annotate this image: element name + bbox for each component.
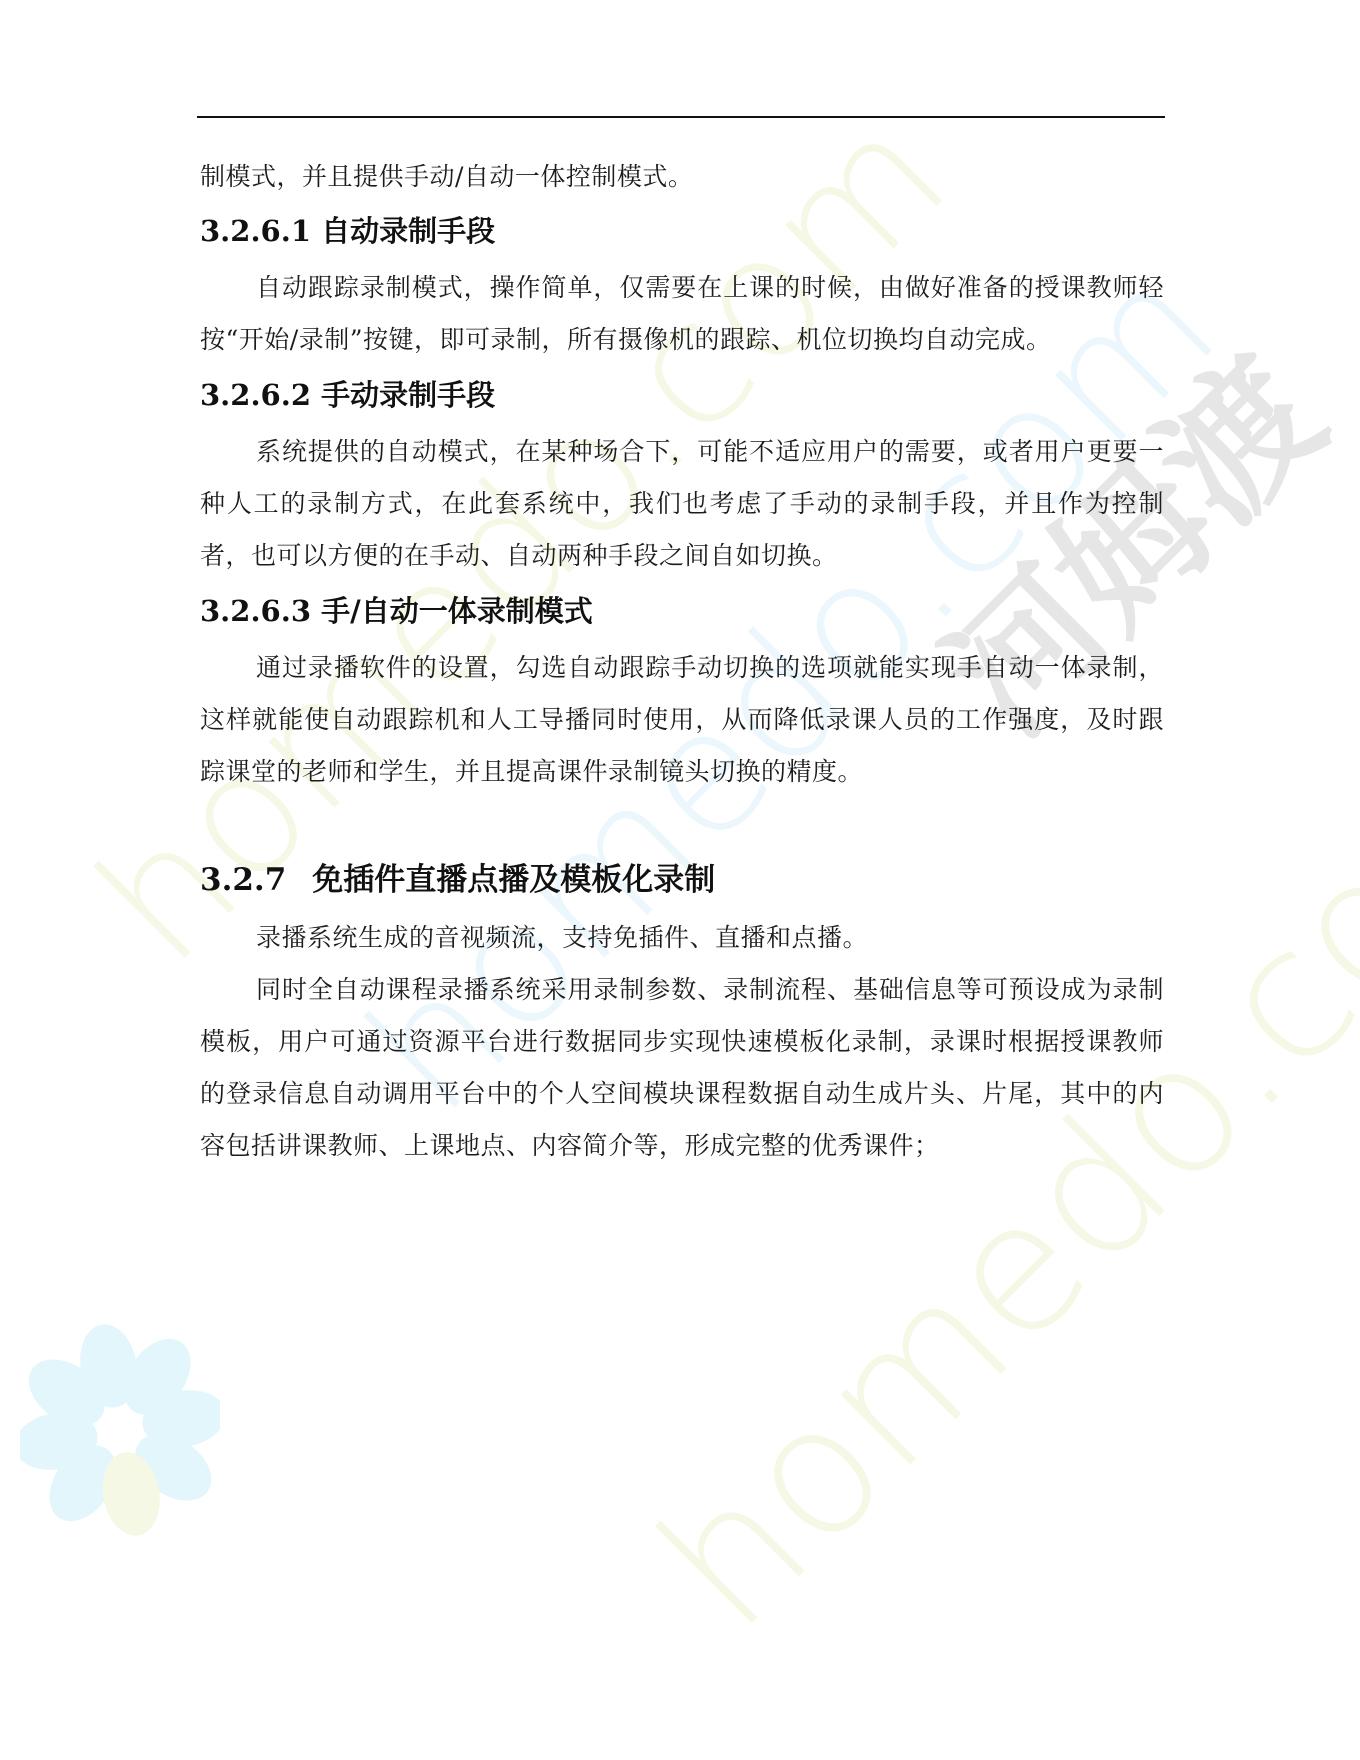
section-number: 3.2.6.3 [200,594,311,628]
section-title: 手/自动一体录制模式 [321,594,593,628]
section-number: 3.2.7 [200,862,286,898]
header-rule [197,116,1165,118]
section-3-2-7: 3.2.7免插件直播点播及模板化录制 [200,858,1164,902]
section-heading: 3.2.7免插件直播点播及模板化录制 [200,858,1164,902]
section-3-2-7-body: 录播系统生成的音视频流，支持免插件、直播和点播。 同时全自动课程录播系统采用录制… [200,912,1164,1172]
section-heading: 3.2.6.1 自动录制手段 [200,211,1164,251]
section-3-2-6-2-body: 系统提供的自动模式，在某种场合下，可能不适应用户的需要，或者用户更要一种人工的录… [200,426,1164,582]
section-number: 3.2.6.1 [200,214,311,248]
section-3-2-6-1-body: 自动跟踪录制模式，操作简单，仅需要在上课的时候，由做好准备的授课教师轻按“开始/… [200,262,1164,366]
body-paragraph: 同时全自动课程录播系统采用录制参数、录制流程、基础信息等可预设成为录制模板，用户… [200,964,1164,1172]
body-paragraph: 通过录播软件的设置，勾选自动跟踪手动切换的选项就能实现手自动一体录制，这样就能使… [200,642,1164,798]
section-3-2-6-3-body: 通过录播软件的设置，勾选自动跟踪手动切换的选项就能实现手自动一体录制，这样就能使… [200,642,1164,798]
continuation-paragraph: 制模式，并且提供手动/自动一体控制模式。 [200,151,1164,203]
section-title: 自动录制手段 [321,214,495,248]
section-title: 手动录制手段 [321,378,495,412]
document-page: 制模式，并且提供手动/自动一体控制模式。 3.2.6.1 自动录制手段 自动跟踪… [0,0,1360,1760]
section-3-2-6-2: 3.2.6.2 手动录制手段 [200,375,1164,415]
body-paragraph: 系统提供的自动模式，在某种场合下，可能不适应用户的需要，或者用户更要一种人工的录… [200,426,1164,582]
section-3-2-6-1: 3.2.6.1 自动录制手段 [200,211,1164,251]
body-paragraph: 自动跟踪录制模式，操作简单，仅需要在上课的时候，由做好准备的授课教师轻按“开始/… [200,262,1164,366]
body-paragraph: 录播系统生成的音视频流，支持免插件、直播和点播。 [200,912,1164,964]
section-3-2-6-3: 3.2.6.3 手/自动一体录制模式 [200,591,1164,631]
continuation-text: 制模式，并且提供手动/自动一体控制模式。 [200,151,1164,203]
section-heading: 3.2.6.3 手/自动一体录制模式 [200,591,1164,631]
section-heading: 3.2.6.2 手动录制手段 [200,375,1164,415]
section-title: 免插件直播点播及模板化录制 [312,862,715,898]
section-number: 3.2.6.2 [200,378,311,412]
